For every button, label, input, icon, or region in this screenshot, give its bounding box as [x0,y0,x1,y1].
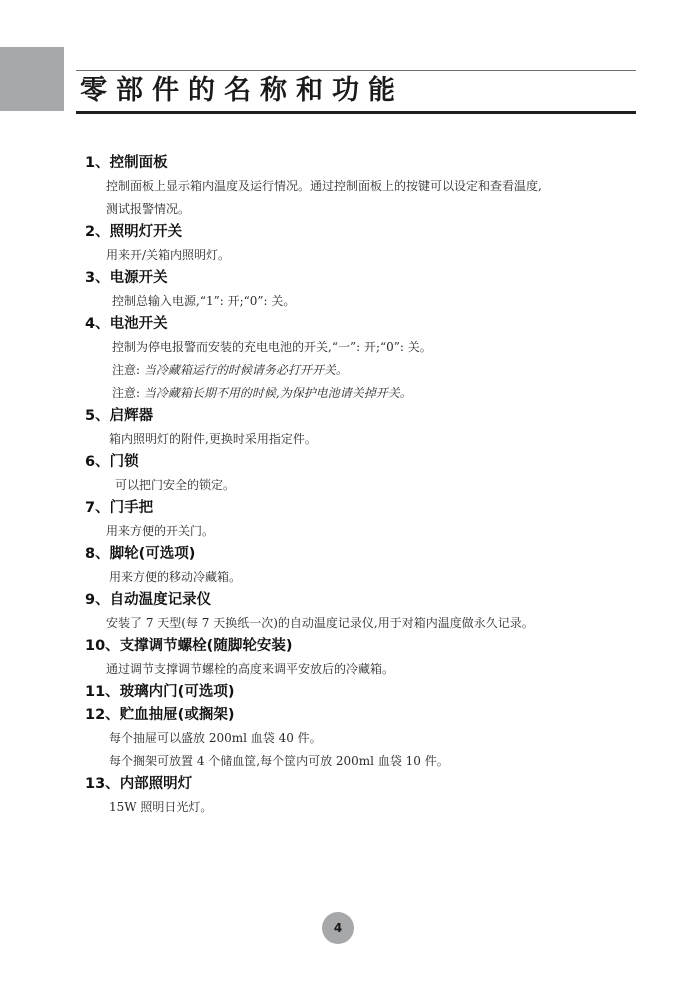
page-number: 4 [334,921,342,935]
item-heading: 6、 门锁 [85,451,645,474]
part-item-glass-inner-door: 11、 玻璃内门(可选项) [85,681,645,704]
item-title: 启辉器 [110,405,154,428]
description-line: 通过调节支撑调节螺栓的高度来调平安放后的冷藏箱。 [106,658,645,681]
part-item-door-lock: 6、 门锁 可以把门安全的锁定。 [85,451,645,497]
item-number: 9、 [85,589,110,612]
item-title: 脚轮(可选项) [110,543,196,566]
description-line: 用来方便的开关门。 [106,520,645,543]
item-number: 4、 [85,313,110,336]
item-number: 5、 [85,405,110,428]
part-item-leveling-bolts: 10、 支撑调节螺栓(随脚轮安装) 通过调节支撑调节螺栓的高度来调平安放后的冷藏… [85,635,645,681]
corner-accent-block [0,47,64,111]
item-description: 控制为停电报警而安装的充电电池的开关,“一”: 开;“0”: 关。 注意: 当冷… [85,336,645,405]
item-title: 电池开关 [110,313,168,336]
item-description: 用来方便的移动冷藏箱。 [85,566,645,589]
header-top-rule [76,70,636,71]
note-line: 注意: 当冷藏箱长期不用的时候,为保护电池请关掉开关。 [112,382,645,405]
item-title: 控制面板 [110,152,168,175]
item-number: 13、 [85,773,120,796]
header-bottom-rule [76,111,636,114]
item-title: 电源开关 [110,267,168,290]
part-item-door-handle: 7、 门手把 用来方便的开关门。 [85,497,645,543]
item-number: 6、 [85,451,110,474]
item-heading: 13、 内部照明灯 [85,773,645,796]
item-description: 用来方便的开关门。 [85,520,645,543]
parts-list: 1、 控制面板 控制面板上显示箱内温度及运行情况。通过控制面板上的按键可以设定和… [85,152,645,819]
item-number: 7、 [85,497,110,520]
item-number: 2、 [85,221,110,244]
description-line: 每个抽屉可以盛放 200ml 血袋 40 件。 [109,727,645,750]
item-description: 通过调节支撑调节螺栓的高度来调平安放后的冷藏箱。 [85,658,645,681]
part-item-control-panel: 1、 控制面板 控制面板上显示箱内温度及运行情况。通过控制面板上的按键可以设定和… [85,152,645,221]
item-description: 控制面板上显示箱内温度及运行情况。通过控制面板上的按键可以设定和查看温度, 测试… [85,175,645,221]
item-heading: 12、 贮血抽屉(或搁架) [85,704,645,727]
description-line: 控制总输入电源,“1”: 开;“0”: 关。 [112,290,645,313]
description-line: 用来开/关箱内照明灯。 [106,244,645,267]
note-label: 注意: [112,386,140,400]
item-description: 每个抽屉可以盛放 200ml 血袋 40 件。 每个搁架可放置 4 个储血筐,每… [85,727,645,773]
item-heading: 3、 电源开关 [85,267,645,290]
item-heading: 5、 启辉器 [85,405,645,428]
item-heading: 4、 电池开关 [85,313,645,336]
description-line: 测试报警情况。 [106,198,645,221]
item-number: 3、 [85,267,110,290]
item-number: 11、 [85,681,120,704]
part-item-power-switch: 3、 电源开关 控制总输入电源,“1”: 开;“0”: 关。 [85,267,645,313]
description-line: 用来方便的移动冷藏箱。 [109,566,645,589]
description-line: 可以把门安全的锁定。 [115,474,645,497]
part-item-temperature-recorder: 9、 自动温度记录仪 安装了 7 天型(每 7 天换纸一次)的自动温度记录仪,用… [85,589,645,635]
item-title: 照明灯开关 [110,221,183,244]
part-item-battery-switch: 4、 电池开关 控制为停电报警而安装的充电电池的开关,“一”: 开;“0”: 关… [85,313,645,405]
part-item-starter: 5、 启辉器 箱内照明灯的附件,更换时采用指定件。 [85,405,645,451]
note-line: 注意: 当冷藏箱运行的时候请务必打开开关。 [112,359,645,382]
item-title: 贮血抽屉(或搁架) [120,704,235,727]
part-item-blood-drawers: 12、 贮血抽屉(或搁架) 每个抽屉可以盛放 200ml 血袋 40 件。 每个… [85,704,645,773]
item-description: 可以把门安全的锁定。 [85,474,645,497]
item-heading: 9、 自动温度记录仪 [85,589,645,612]
item-description: 控制总输入电源,“1”: 开;“0”: 关。 [85,290,645,313]
item-number: 12、 [85,704,120,727]
description-line: 15W 照明日光灯。 [109,796,645,819]
note-text: 当冷藏箱长期不用的时候,为保护电池请关掉开关。 [144,386,412,400]
item-number: 10、 [85,635,120,658]
part-item-casters: 8、 脚轮(可选项) 用来方便的移动冷藏箱。 [85,543,645,589]
item-heading: 11、 玻璃内门(可选项) [85,681,645,704]
note-text: 当冷藏箱运行的时候请务必打开开关。 [144,363,348,377]
item-heading: 8、 脚轮(可选项) [85,543,645,566]
item-description: 箱内照明灯的附件,更换时采用指定件。 [85,428,645,451]
item-description: 用来开/关箱内照明灯。 [85,244,645,267]
description-line: 每个搁架可放置 4 个储血筐,每个筐内可放 200ml 血袋 10 件。 [109,750,645,773]
item-number: 1、 [85,152,110,175]
note-label: 注意: [112,363,140,377]
description-line: 控制面板上显示箱内温度及运行情况。通过控制面板上的按键可以设定和查看温度, [106,175,645,198]
item-title: 玻璃内门(可选项) [120,681,235,704]
page-number-badge: 4 [322,912,354,944]
item-number: 8、 [85,543,110,566]
item-description: 15W 照明日光灯。 [85,796,645,819]
description-line: 箱内照明灯的附件,更换时采用指定件。 [109,428,645,451]
item-title: 支撑调节螺栓(随脚轮安装) [120,635,293,658]
part-item-light-switch: 2、 照明灯开关 用来开/关箱内照明灯。 [85,221,645,267]
item-description: 安装了 7 天型(每 7 天换纸一次)的自动温度记录仪,用于对箱内温度做永久记录… [85,612,645,635]
item-heading: 10、 支撑调节螺栓(随脚轮安装) [85,635,645,658]
item-heading: 7、 门手把 [85,497,645,520]
item-heading: 2、 照明灯开关 [85,221,645,244]
item-title: 门锁 [110,451,139,474]
part-item-interior-light: 13、 内部照明灯 15W 照明日光灯。 [85,773,645,819]
item-title: 自动温度记录仪 [110,589,212,612]
item-title: 内部照明灯 [120,773,193,796]
item-title: 门手把 [110,497,154,520]
page-title: 零部件的名称和功能 [80,73,404,109]
description-line: 安装了 7 天型(每 7 天换纸一次)的自动温度记录仪,用于对箱内温度做永久记录… [106,612,645,635]
description-line: 控制为停电报警而安装的充电电池的开关,“一”: 开;“0”: 关。 [112,336,645,359]
item-heading: 1、 控制面板 [85,152,645,175]
